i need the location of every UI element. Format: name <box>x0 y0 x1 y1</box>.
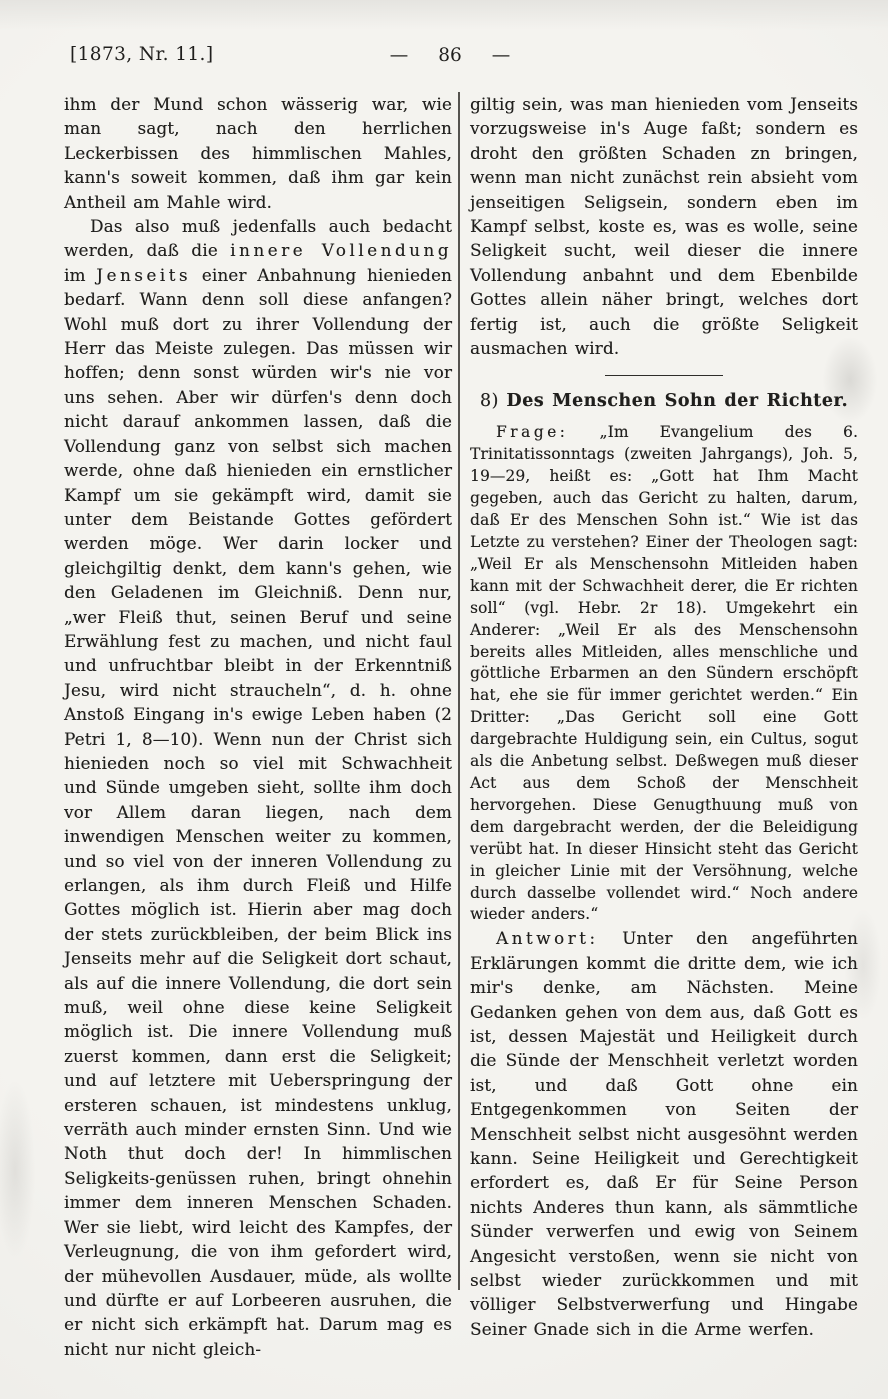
page-number-dash-right: — <box>492 45 511 66</box>
spaced-emphasis-text: innere Vollendung <box>230 240 452 260</box>
spaced-emphasis-text: Frage: <box>496 423 568 441</box>
paragraph: Das also muß jedenfalls auch bedacht wer… <box>64 214 452 1361</box>
left-column: ihm der Mund schon wässerig war, wie man… <box>64 92 452 1361</box>
paragraph: ihm der Mund schon wässerig war, wie man… <box>64 92 452 214</box>
text-run: giltig sein, was man hienieden vom Jense… <box>470 94 858 358</box>
page-number-dash-left: — <box>390 45 409 66</box>
spaced-emphasis-text: Antwort: <box>496 928 599 948</box>
text-run: Unter den angeführten Erklärungen kommt … <box>470 928 858 1339</box>
bold-text: Des Menschen Sohn der Richter. <box>506 391 848 411</box>
page-number-group: — 86 — <box>310 45 590 66</box>
right-column: giltig sein, was man hienieden vom Jense… <box>470 92 858 1341</box>
paragraph: Frage: „Im Evangelium des 6. Trinitatiss… <box>470 422 858 926</box>
text-run: ihm der Mund schon wässerig war, wie man… <box>64 94 452 212</box>
text-run: einer Anbahnung hienieden bedarf. Wann d… <box>64 265 452 1359</box>
section-heading: 8) Des Menschen Sohn der Richter. <box>470 389 858 414</box>
paragraph: giltig sein, was man hienieden vom Jense… <box>470 92 858 360</box>
section-divider <box>605 375 723 376</box>
scan-edge-shade <box>0 0 888 30</box>
text-run: 8) <box>480 391 507 411</box>
text-run: „Im Evangelium des 6. Trinitatissonntags… <box>470 423 858 923</box>
page-number: 86 <box>438 45 462 66</box>
paragraph: Antwort: Unter den angeführten Erklärung… <box>470 926 858 1341</box>
text-run: im <box>64 265 96 285</box>
scanned-page: { "header": { "issue": "[1873, Nr. 11.]"… <box>0 0 888 1399</box>
column-divider <box>458 92 460 1290</box>
issue-label: [1873, Nr. 11.] <box>70 44 213 65</box>
spaced-emphasis-text: Jenseits <box>96 265 191 285</box>
